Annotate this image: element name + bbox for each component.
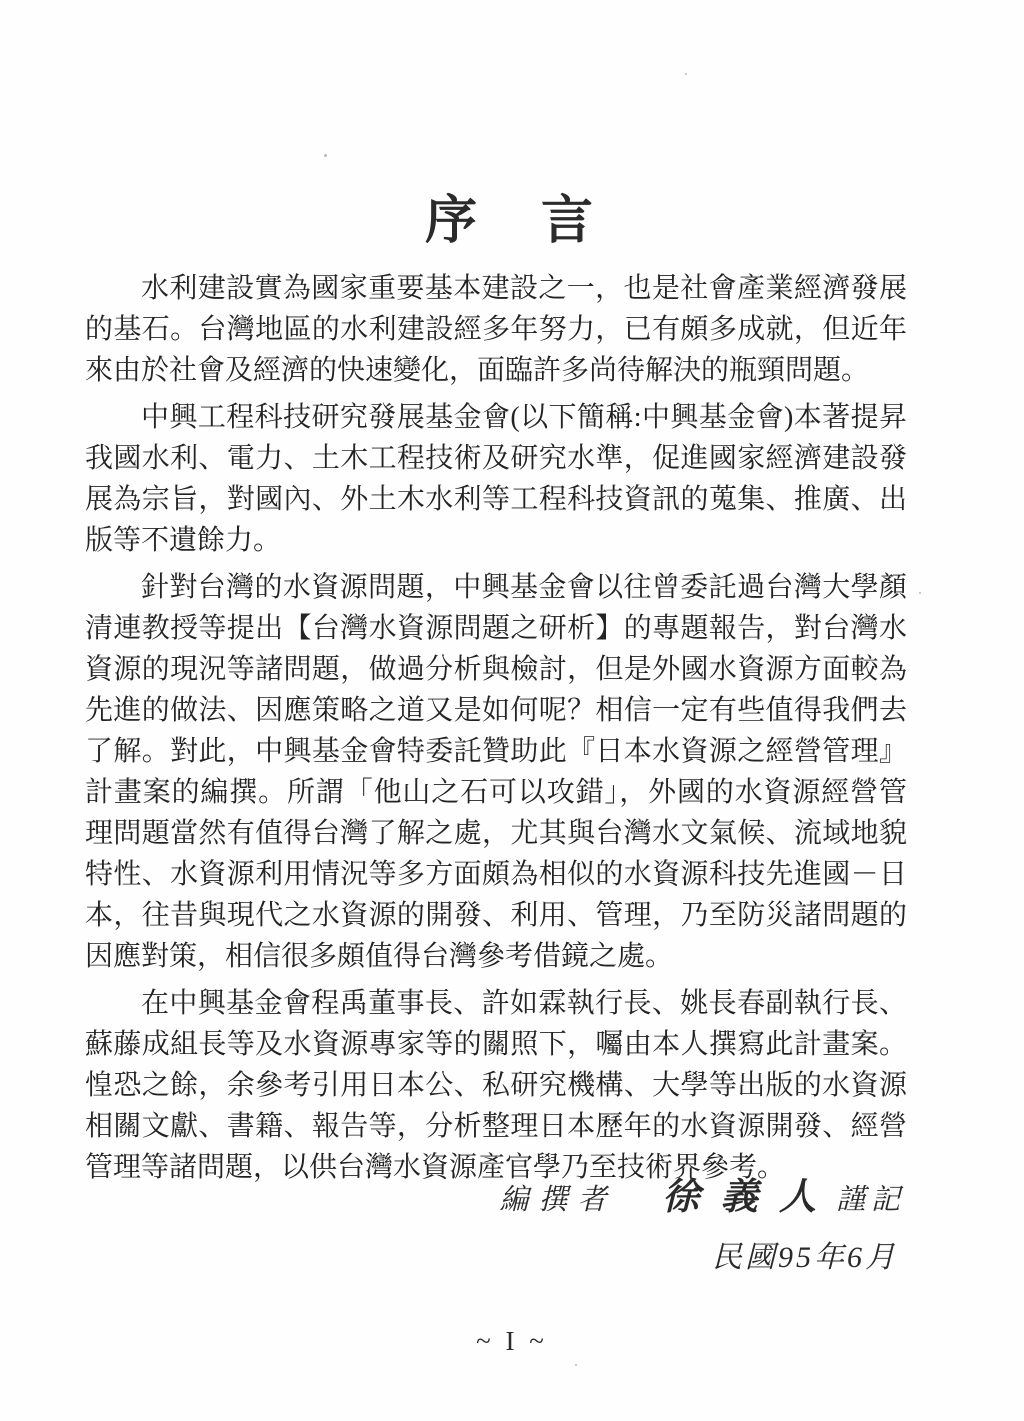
- signature-byline-label: 編撰者: [499, 1177, 616, 1218]
- document-page: 序 言 水利建設實為國家重要基本建設之一，也是社會產業經濟發展的基石。台灣地區的…: [0, 0, 1024, 1421]
- paragraph: 在中興基金會程禹董事長、許如霖執行長、姚長春副執行長、蘇藤成組長等及水資源專家等…: [85, 983, 907, 1188]
- scan-speck: [575, 1364, 577, 1366]
- author-name: 徐 義 人: [662, 1166, 822, 1220]
- paragraph: 水利建設實為國家重要基本建設之一，也是社會產業經濟發展的基石。台灣地區的水利建設…: [85, 268, 907, 391]
- paragraph: 中興工程科技研究發展基金會(以下簡稱:中興基金會)本著提昇我國水利、電力、土木工…: [85, 397, 907, 561]
- scan-speck: [685, 73, 687, 75]
- preface-body: 水利建設實為國家重要基本建設之一，也是社會產業經濟發展的基石。台灣地區的水利建設…: [85, 268, 907, 1194]
- signature-line: 編撰者 徐 義 人 謹記: [499, 1166, 906, 1220]
- signature-suffix: 謹記: [836, 1177, 906, 1218]
- scan-speck: [324, 154, 327, 157]
- scan-speck: [919, 592, 921, 594]
- paragraph: 針對台灣的水資源問題，中興基金會以往曾委託過台灣大學顏清連教授等提出【台灣水資源…: [85, 567, 907, 977]
- signature-date: 民國95年6月: [499, 1232, 906, 1276]
- page-number: ~ I ~: [0, 1326, 1024, 1357]
- signature-block: 編撰者 徐 義 人 謹記 民國95年6月: [499, 1166, 906, 1276]
- page-title: 序 言: [0, 178, 1024, 253]
